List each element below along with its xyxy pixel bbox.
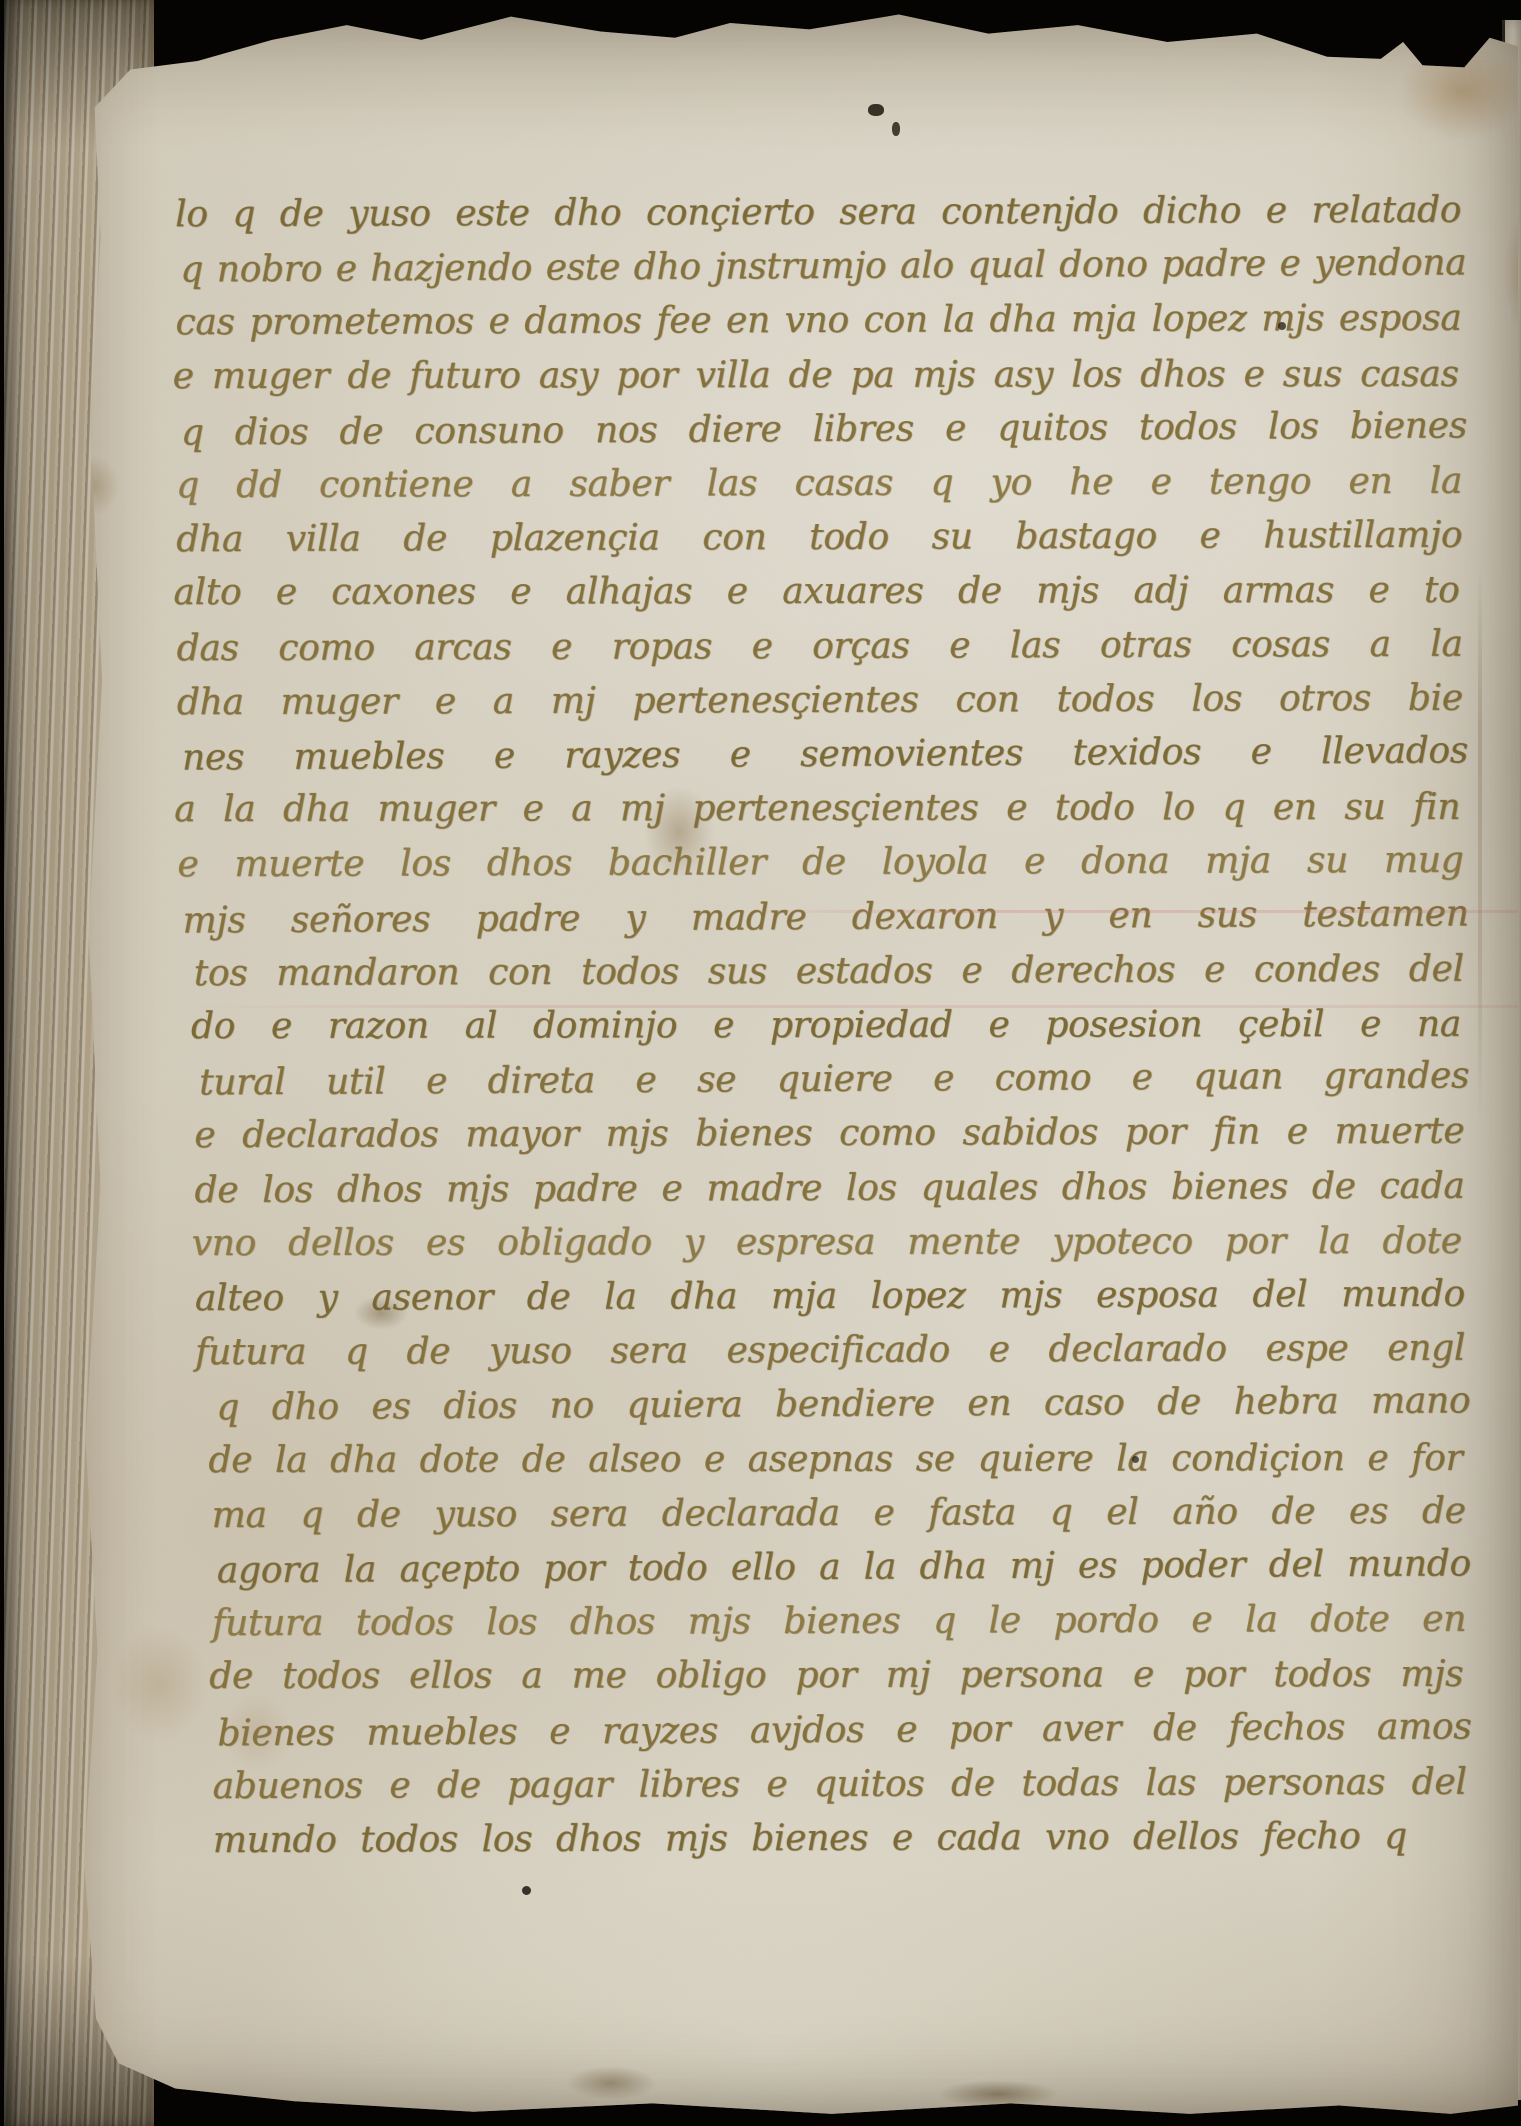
manuscript-line: dha villa de plazençia con todo su basta… — [176, 509, 1462, 568]
manuscript-line: e muger de futuro asy por villa de pa mj… — [173, 348, 1459, 404]
manuscript-line: mundo todos los dhos mjs bienes e cada v… — [181, 1810, 1467, 1869]
manuscript-line: de todos ellos a me obligo por mj person… — [177, 1648, 1463, 1704]
manuscript-line: q dios de consuno nos diere libres e qui… — [181, 399, 1467, 460]
manuscript-line: agora la açepto por todo ello a la dha m… — [185, 1537, 1471, 1598]
stain — [1398, 44, 1521, 140]
manuscript-line: alteo y asenor de la dha mja lopez mjs e… — [179, 1268, 1465, 1327]
manuscript-page: lo q de yuso este dho conçierto sera con… — [26, 4, 1518, 2116]
manuscript-line: cas prometemos e damos fee en vno con la… — [175, 292, 1461, 351]
manuscript-line: mjs señores padre y madre dexaron y en s… — [182, 887, 1468, 948]
manuscript-line: a la dha muger e a mj pertenesçientes e … — [174, 781, 1460, 837]
manuscript-line: futura todos los dhos mjs bienes q le po… — [180, 1593, 1466, 1652]
manuscript-line: futura q de yuso sera especificado e dec… — [179, 1322, 1465, 1381]
manuscript-line: de la dha dote de alseo e asepnas se qui… — [176, 1432, 1462, 1488]
manuscript-line: q nobro e hazjendo este dho jnstrumjo al… — [180, 237, 1466, 298]
manuscript-line: do e razon al dominjo e propiedad e pose… — [175, 998, 1461, 1054]
manuscript-line: lo q de yuso este dho conçierto sera con… — [175, 184, 1461, 243]
handwritten-text-block: lo q de yuso este dho conçierto sera con… — [175, 184, 1467, 1869]
manuscript-line: vno dellos es obligado y espresa mente y… — [176, 1215, 1462, 1271]
manuscript-line: nes muebles e rayzes e semovientes texid… — [182, 724, 1468, 785]
manuscript-photo: lo q de yuso este dho conçierto sera con… — [0, 0, 1521, 2126]
manuscript-line: ma q de yuso sera declarada e fasta q el… — [180, 1485, 1466, 1544]
manuscript-line: e declarados mayor mjs bienes como sabid… — [178, 1105, 1464, 1164]
manuscript-line: q dho es dios no quiera bendiere en caso… — [184, 1375, 1470, 1436]
stain — [566, 2066, 656, 2100]
manuscript-line: de los dhos mjs padre e madre los quales… — [178, 1159, 1464, 1218]
manuscript-line: das como arcas e ropas e orças e las otr… — [177, 617, 1463, 676]
manuscript-line: alto e caxones e alhajas e axuares de mj… — [173, 564, 1459, 620]
ink-speck — [522, 1886, 531, 1895]
manuscript-line: tos mandaron con todos sus estados e der… — [178, 943, 1464, 1002]
paper-crease — [1478, 564, 1482, 1124]
manuscript-line: bienes muebles e rayzes avjdos e por ave… — [185, 1700, 1471, 1761]
manuscript-line: tural util e direta e se quiere e como e… — [183, 1050, 1469, 1111]
manuscript-line: q dd contiene a saber las casas q yo he … — [176, 455, 1462, 514]
manuscript-line: abuenos e de pagar libres e quitos de to… — [181, 1756, 1467, 1815]
manuscript-line: e muerte los dhos bachiller de loyola e … — [177, 834, 1463, 893]
stain — [938, 2080, 1058, 2108]
ink-speck — [868, 104, 884, 116]
manuscript-line: dha muger e a mj pertenesçientes con tod… — [177, 672, 1463, 731]
ink-speck — [892, 122, 900, 136]
